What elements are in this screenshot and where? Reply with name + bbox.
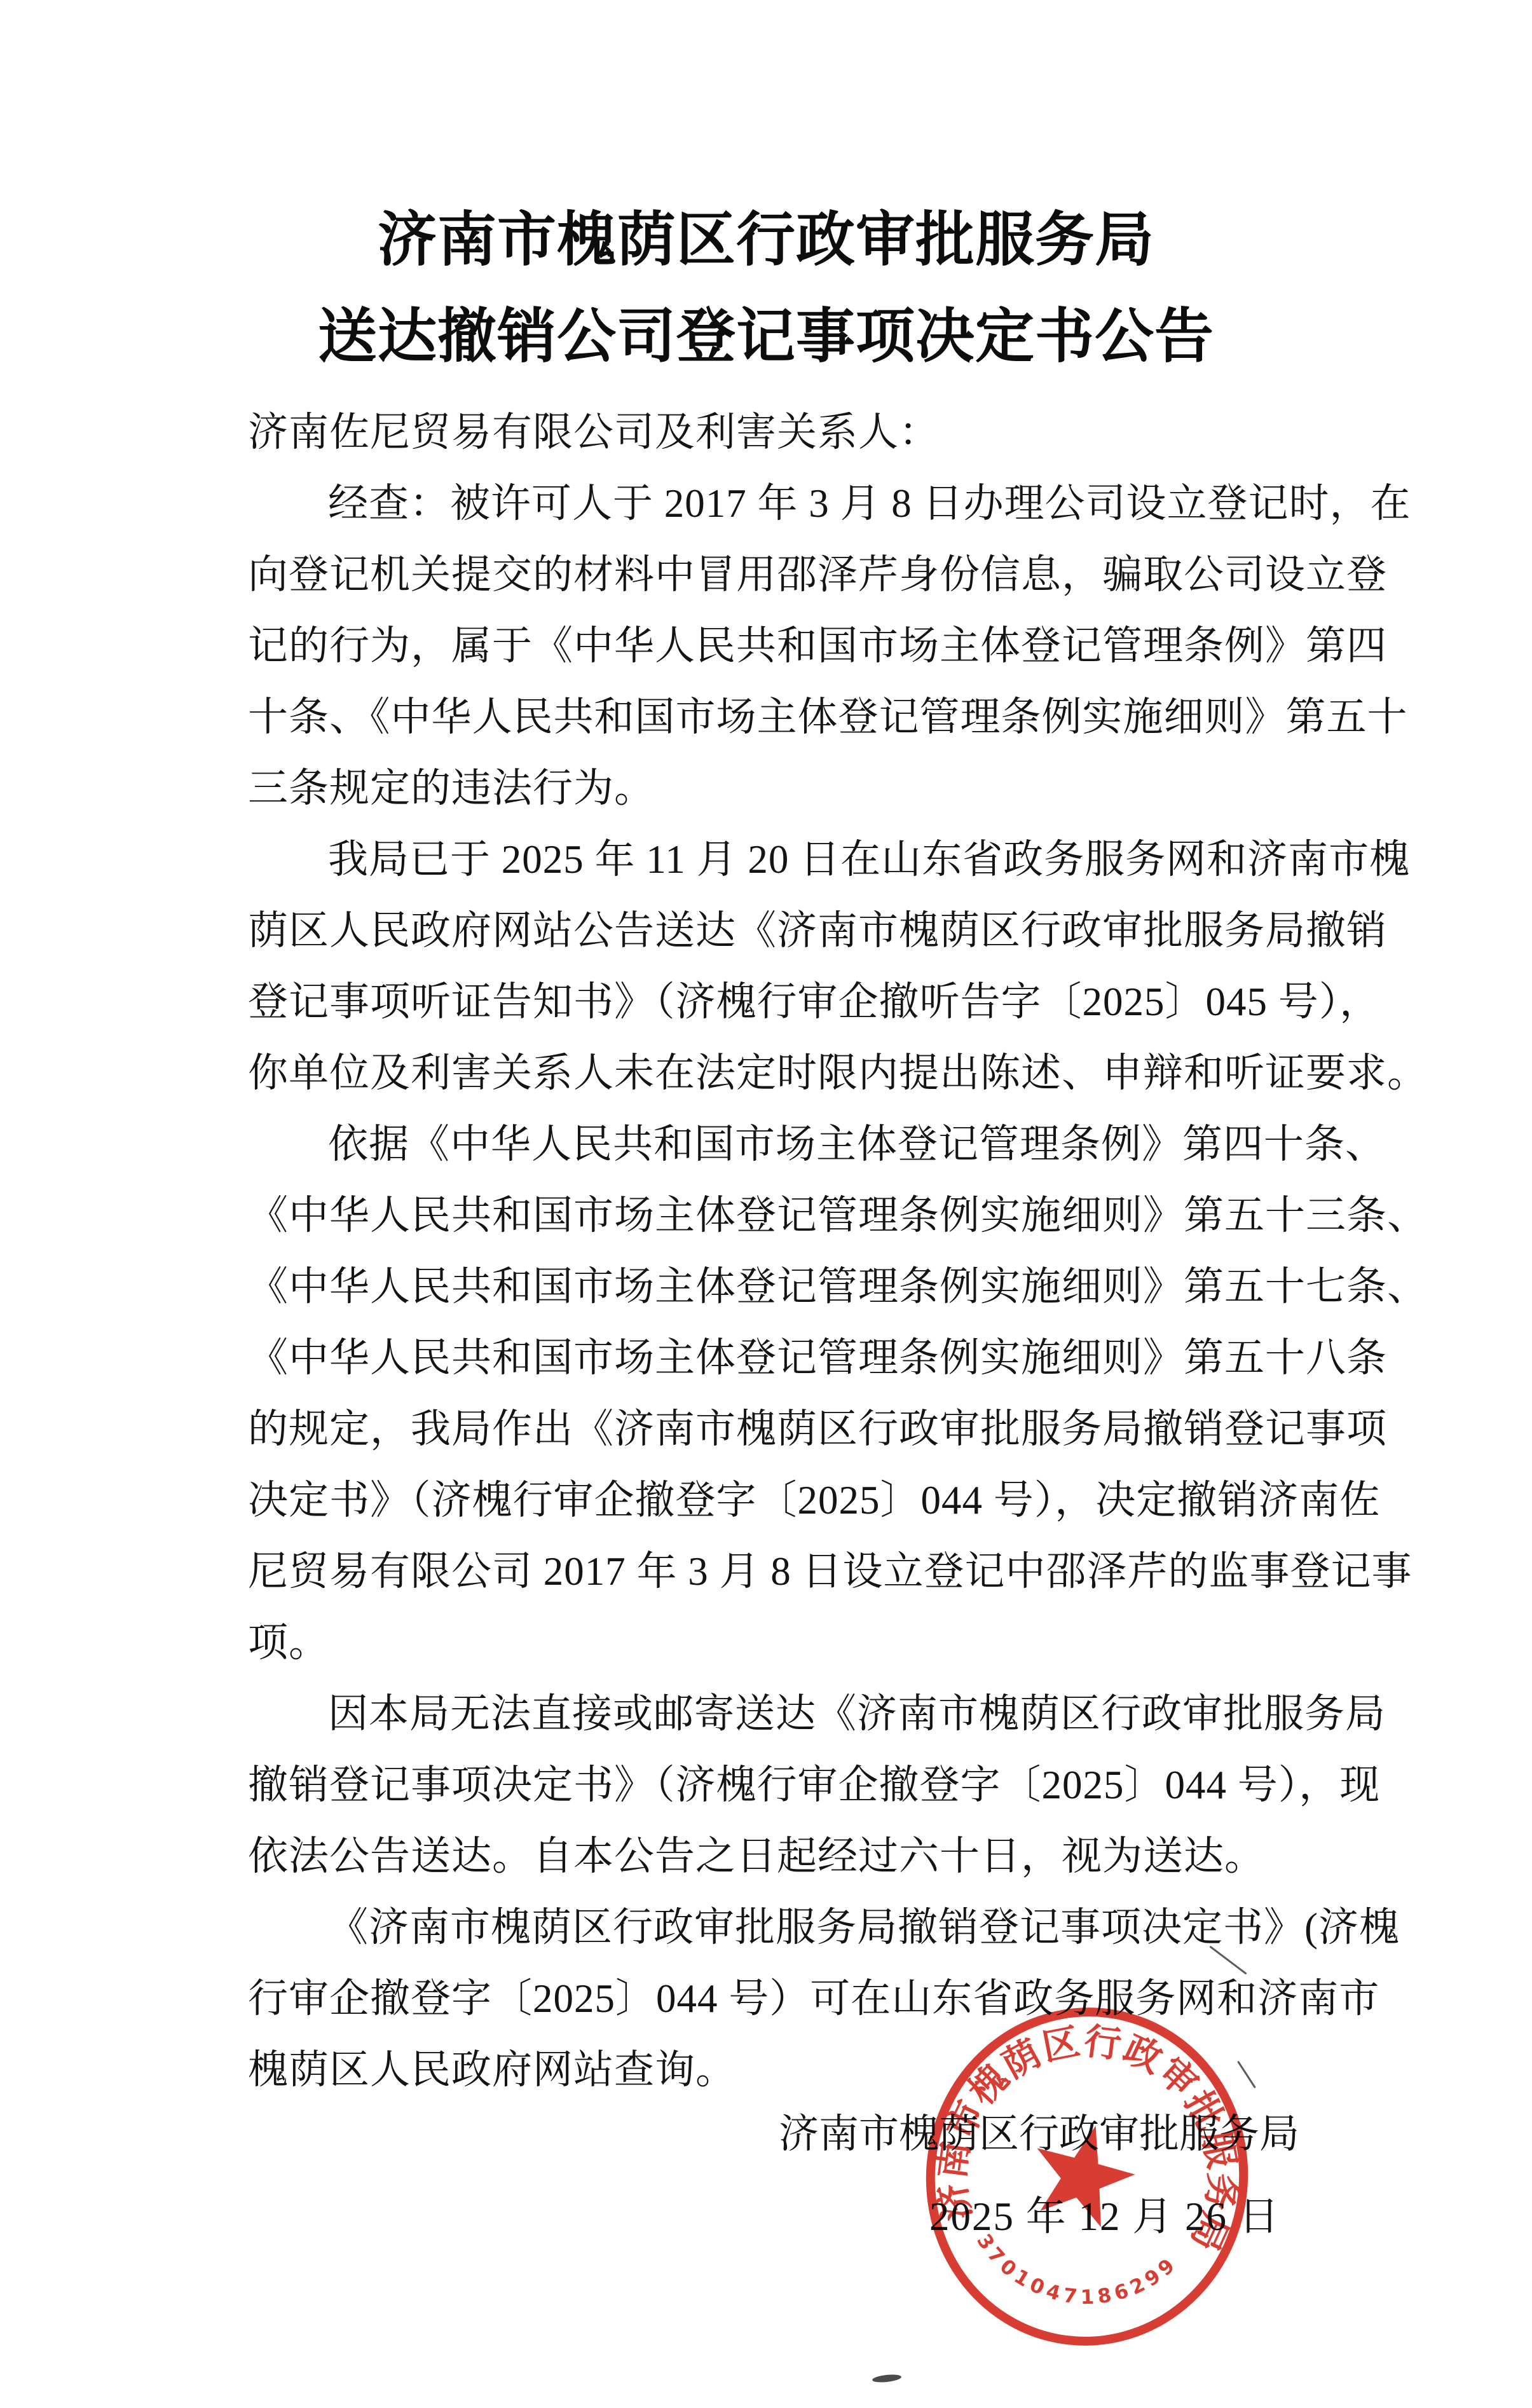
body-line: 决定书》（济槐行审企撤登字〔2025〕044 号），决定撤销济南佐 [248,1465,1335,1536]
body-line: 荫区人民政府网站公告送达《济南市槐荫区行政审批服务局撤销 [248,895,1335,966]
seal-star-icon [1029,2119,1140,2231]
document-page: 济南市槐荫区行政审批服务局 送达撤销公司登记事项决定书公告 济南佐尼贸易有限公司… [0,0,1532,2408]
body-line: 你单位及利害关系人未在法定时限内提出陈述、申辩和听证要求。 [248,1037,1335,1109]
title-line-2: 送达撤销公司登记事项决定书公告 [0,289,1532,386]
body-line: 向登记机关提交的材料中冒用邵泽芹身份信息，骗取公司设立登 [248,539,1335,610]
body-line: 我局已于 2025 年 11 月 20 日在山东省政务服务网和济南市槐 [248,824,1335,895]
body-line: 《中华人民共和国市场主体登记管理条例实施细则》第五十八条 [248,1322,1335,1393]
body-line: 依法公告送达。自本公告之日起经过六十日，视为送达。 [248,1821,1335,1892]
body-line: 经查：被许可人于 2017 年 3 月 8 日办理公司设立登记时，在 [248,468,1335,539]
body-text: 济南佐尼贸易有限公司及利害关系人：经查：被许可人于 2017 年 3 月 8 日… [248,397,1335,2105]
body-line: 的规定，我局作出《济南市槐荫区行政审批服务局撤销登记事项 [248,1393,1335,1465]
title-line-1: 济南市槐荫区行政审批服务局 [0,193,1532,289]
body-line: 撤销登记事项决定书》（济槐行审企撤登字〔2025〕044 号），现 [248,1749,1335,1821]
official-seal: 济南市槐荫区行政审批服务局 3701047186299 [901,1983,1274,2370]
body-line: 《中华人民共和国市场主体登记管理条例实施细则》第五十三条、 [248,1180,1335,1251]
body-line: 十条、《中华人民共和国市场主体登记管理条例实施细则》第五十 [248,681,1335,753]
seal-serial-number: 3701047186299 [966,2228,1184,2321]
body-line: 依据《中华人民共和国市场主体登记管理条例》第四十条、 [248,1109,1335,1180]
body-line: 项。 [248,1607,1335,1678]
body-line: 《济南市槐荫区行政审批服务局撤销登记事项决定书》(济槐 [248,1892,1335,1963]
ink-smudge [872,2374,902,2384]
document-title: 济南市槐荫区行政审批服务局 送达撤销公司登记事项决定书公告 [0,193,1532,386]
body-line: 尼贸易有限公司 2017 年 3 月 8 日设立登记中邵泽芹的监事登记事 [248,1536,1335,1607]
body-line: 三条规定的违法行为。 [248,753,1335,824]
body-line: 记的行为，属于《中华人民共和国市场主体登记管理条例》第四 [248,610,1335,681]
body-line: 登记事项听证告知书》（济槐行审企撤听告字〔2025〕045 号）， [248,966,1335,1037]
body-line: 因本局无法直接或邮寄送达《济南市槐荫区行政审批服务局 [248,1678,1335,1749]
body-line: 《中华人民共和国市场主体登记管理条例实施细则》第五十七条、 [248,1251,1335,1322]
body-line: 济南佐尼贸易有限公司及利害关系人： [248,397,1335,468]
